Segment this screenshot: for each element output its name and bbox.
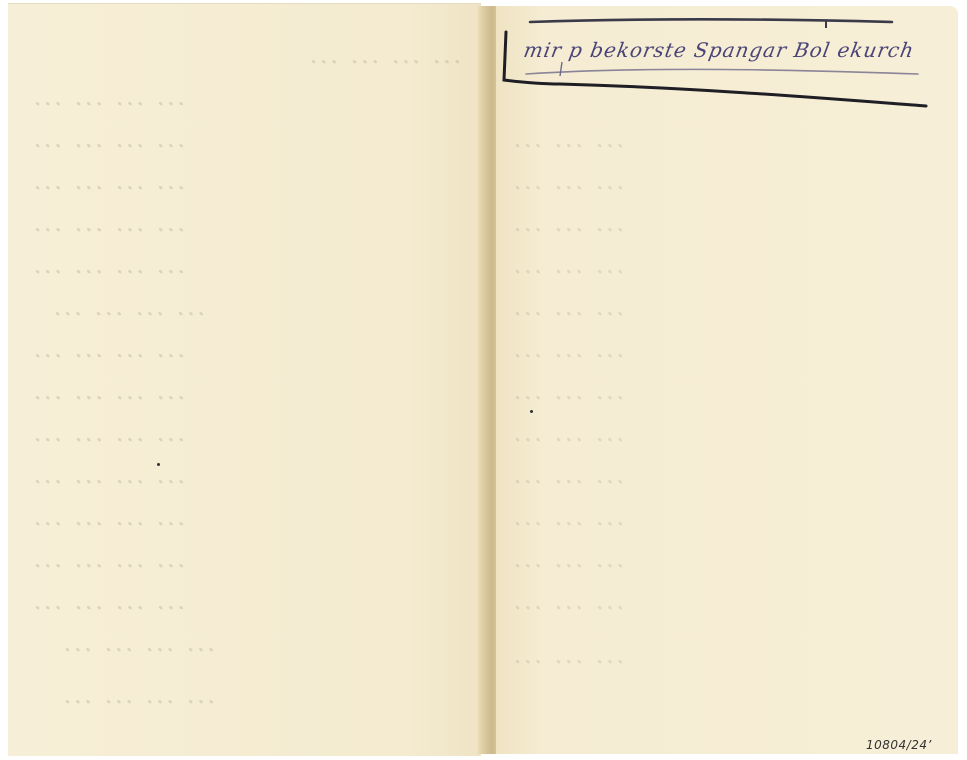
ghost-line: ... ... ... ...	[27, 208, 187, 238]
ghost-line: ... ... ...	[507, 250, 626, 280]
ghost-line: ... ... ... ...	[27, 166, 187, 196]
ghost-line: ... ... ...	[507, 640, 626, 670]
ghost-line: ... ... ...	[507, 334, 626, 364]
ghost-line: ... ... ... ...	[47, 40, 463, 70]
ghost-line: ... ... ... ...	[27, 460, 187, 490]
ghost-line: ... ... ...	[507, 586, 626, 616]
ghost-line: ... ... ... ...	[27, 82, 187, 112]
ghost-line: ... ... ... ...	[27, 124, 187, 154]
ghost-line: ... ... ...	[507, 166, 626, 196]
ghost-line: ... ... ... ...	[27, 418, 187, 448]
ghost-line: ... ... ...	[507, 544, 626, 574]
ghost-line: ... ... ... ...	[57, 628, 217, 658]
annotation-box: mir p bekorste Spangar Bol ekurch	[500, 16, 930, 116]
speck	[530, 410, 533, 413]
speck	[157, 463, 160, 466]
ghost-line: ... ... ...	[507, 124, 626, 154]
ghost-line: ... ... ...	[507, 418, 626, 448]
ghost-line: ... ... ... ...	[57, 680, 217, 710]
ghost-line: ... ... ... ...	[27, 586, 187, 616]
annotation-text: mir p bekorste Spangar Bol ekurch	[522, 38, 916, 62]
ghost-line: ... ... ...	[507, 502, 626, 532]
ghost-line: ... ... ... ...	[47, 292, 207, 322]
ghost-line: ... ... ...	[507, 208, 626, 238]
ghost-line: ... ... ...	[507, 460, 626, 490]
ghost-line: ... ... ...	[507, 292, 626, 322]
annotation-frame-icon	[500, 16, 930, 116]
catalog-number: 10804/24’	[866, 738, 932, 752]
ghost-line: ... ... ... ...	[27, 376, 187, 406]
ghost-line: ... ... ... ...	[27, 544, 187, 574]
ghost-line: ... ... ... ...	[27, 502, 187, 532]
ghost-line: ... ... ... ...	[27, 334, 187, 364]
ghost-line: ... ... ...	[507, 376, 626, 406]
ghost-line: ... ... ... ...	[27, 250, 187, 280]
